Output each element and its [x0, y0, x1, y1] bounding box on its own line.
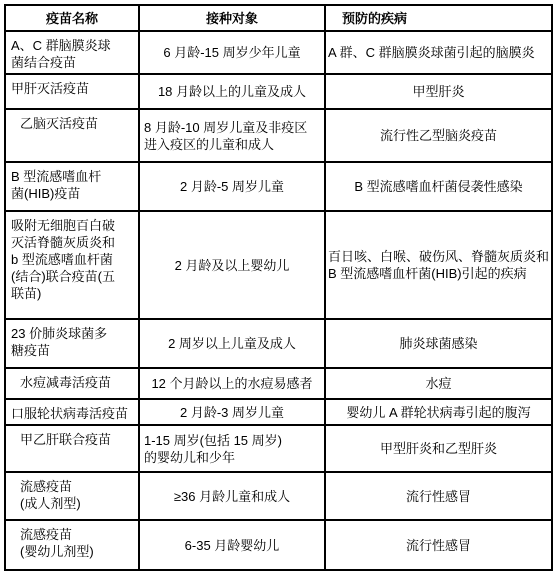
- vaccination-target-cell: 8 月龄-10 周岁儿童及非疫区 进入疫区的儿童和成人: [139, 109, 325, 162]
- vaccine-name-cell: 流感疫苗 (成人剂型): [5, 472, 139, 520]
- prevented-disease-cell: 甲型肝炎: [325, 74, 552, 109]
- vaccine-table: 疫苗名称 接种对象 预防的疾病 A、C 群脑膜炎球 菌结合疫苗 6 月龄-15 …: [4, 4, 553, 571]
- vaccine-name-cell: B 型流感嗜血杆 菌(HIB)疫苗: [5, 162, 139, 211]
- prevented-disease-cell: 百日咳、白喉、破伤风、脊髓灰质炎和 B 型流感嗜血杆菌(HIB)引起的疾病: [325, 211, 552, 319]
- vaccine-name-cell: 流感疫苗 (婴幼儿剂型): [5, 520, 139, 570]
- prevented-disease-cell: 甲型肝炎和乙型肝炎: [325, 425, 552, 472]
- table-row: 甲乙肝联合疫苗 1-15 周岁(包括 15 周岁) 的婴幼儿和少年 甲型肝炎和乙…: [5, 425, 552, 472]
- vaccination-target-cell: 12 个月龄以上的水痘易感者: [139, 368, 325, 399]
- vaccine-name-cell: 23 价肺炎球菌多 糖疫苗: [5, 319, 139, 368]
- page: 疫苗名称 接种对象 预防的疾病 A、C 群脑膜炎球 菌结合疫苗 6 月龄-15 …: [0, 0, 554, 571]
- prevented-disease-cell: B 型流感嗜血杆菌侵袭性感染: [325, 162, 552, 211]
- vaccine-name-cell: 吸附无细胞百白破 灭活脊髓灰质炎和 b 型流感嗜血杆菌 (结合)联合疫苗(五 联…: [5, 211, 139, 319]
- vaccine-name-cell: 水痘减毒活疫苗: [5, 368, 139, 399]
- prevented-disease-cell: 水痘: [325, 368, 552, 399]
- vaccination-target-cell: 2 月龄-5 周岁儿童: [139, 162, 325, 211]
- prevented-disease-cell: 流行性乙型脑炎疫苗: [325, 109, 552, 162]
- vaccination-target-cell: 6-35 月龄婴幼儿: [139, 520, 325, 570]
- vaccination-target-cell: 6 月龄-15 周岁少年儿童: [139, 31, 325, 74]
- vaccination-target-cell: 18 月龄以上的儿童及成人: [139, 74, 325, 109]
- table-row: B 型流感嗜血杆 菌(HIB)疫苗 2 月龄-5 周岁儿童 B 型流感嗜血杆菌侵…: [5, 162, 552, 211]
- table-row: 乙脑灭活疫苗 8 月龄-10 周岁儿童及非疫区 进入疫区的儿童和成人 流行性乙型…: [5, 109, 552, 162]
- vaccine-name-cell: A、C 群脑膜炎球 菌结合疫苗: [5, 31, 139, 74]
- table-row: 水痘减毒活疫苗 12 个月龄以上的水痘易感者 水痘: [5, 368, 552, 399]
- table-row: 流感疫苗 (婴幼儿剂型) 6-35 月龄婴幼儿 流行性感冒: [5, 520, 552, 570]
- col-header-disease: 预防的疾病: [325, 5, 552, 31]
- prevented-disease-cell: 婴幼儿 A 群轮状病毒引起的腹泻: [325, 399, 552, 425]
- vaccine-name-cell: 甲乙肝联合疫苗: [5, 425, 139, 472]
- vaccine-name-cell: 乙脑灭活疫苗: [5, 109, 139, 162]
- table-row: 流感疫苗 (成人剂型) ≥36 月龄儿童和成人 流行性感冒: [5, 472, 552, 520]
- col-header-target: 接种对象: [139, 5, 325, 31]
- table-row: A、C 群脑膜炎球 菌结合疫苗 6 月龄-15 周岁少年儿童 A 群、C 群脑膜…: [5, 31, 552, 74]
- table-row: 口服轮状病毒活疫苗 2 月龄-3 周岁儿童 婴幼儿 A 群轮状病毒引起的腹泻: [5, 399, 552, 425]
- vaccination-target-cell: 2 月龄及以上婴幼儿: [139, 211, 325, 319]
- vaccination-target-cell: 1-15 周岁(包括 15 周岁) 的婴幼儿和少年: [139, 425, 325, 472]
- vaccine-name-cell: 甲肝灭活疫苗: [5, 74, 139, 109]
- header-row: 疫苗名称 接种对象 预防的疾病: [5, 5, 552, 31]
- table-row: 吸附无细胞百白破 灭活脊髓灰质炎和 b 型流感嗜血杆菌 (结合)联合疫苗(五 联…: [5, 211, 552, 319]
- vaccination-target-cell: 2 周岁以上儿童及成人: [139, 319, 325, 368]
- prevented-disease-cell: 流行性感冒: [325, 520, 552, 570]
- col-header-vaccine-name: 疫苗名称: [5, 5, 139, 31]
- vaccination-target-cell: 2 月龄-3 周岁儿童: [139, 399, 325, 425]
- table-row: 甲肝灭活疫苗 18 月龄以上的儿童及成人 甲型肝炎: [5, 74, 552, 109]
- prevented-disease-cell: 流行性感冒: [325, 472, 552, 520]
- vaccination-target-cell: ≥36 月龄儿童和成人: [139, 472, 325, 520]
- prevented-disease-cell: 肺炎球菌感染: [325, 319, 552, 368]
- vaccine-name-cell: 口服轮状病毒活疫苗: [5, 399, 139, 425]
- table-row: 23 价肺炎球菌多 糖疫苗 2 周岁以上儿童及成人 肺炎球菌感染: [5, 319, 552, 368]
- prevented-disease-cell: A 群、C 群脑膜炎球菌引起的脑膜炎: [325, 31, 552, 74]
